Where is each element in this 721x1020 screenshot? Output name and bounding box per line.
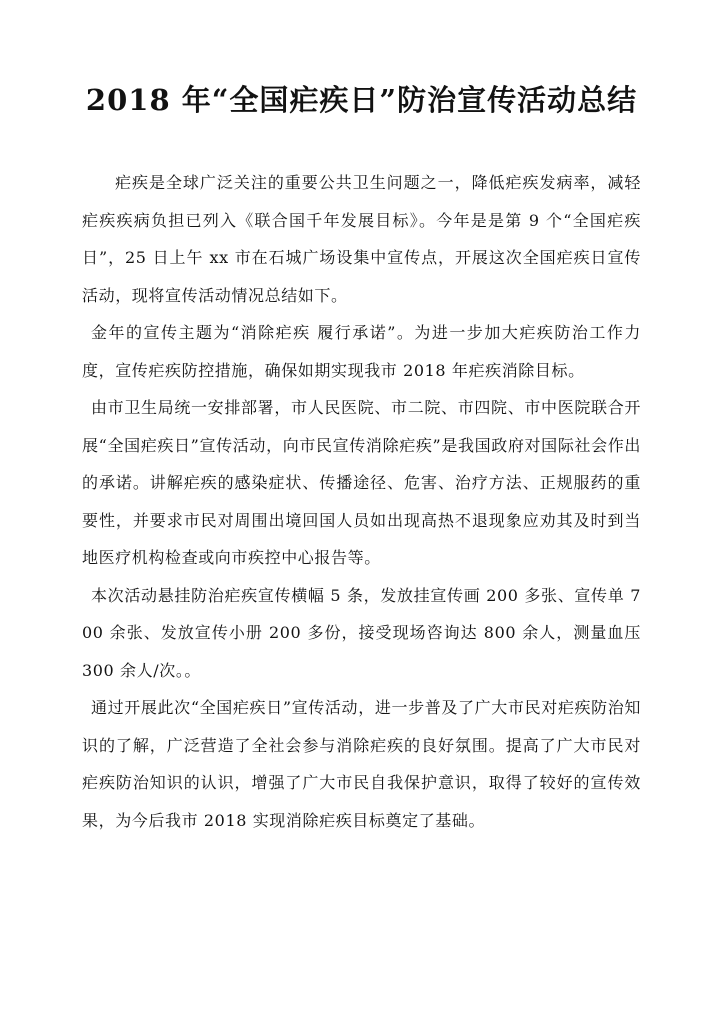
paragraph-statistics: 本次活动悬挂防治疟疾宣传横幅 5 条，发放挂宣传画 200 多张、宣传单 700… xyxy=(82,577,641,690)
paragraph-theme: 金年的宣传主题为“消除疟疾 履行承诺”。为进一步加大疟疾防治工作力度，宣传疟疾防… xyxy=(82,314,641,389)
paragraph-conclusion: 通过开展此次“全国疟疾日”宣传活动，进一步普及了广大市民对疟疾防治知识的了解，广… xyxy=(82,689,641,839)
paragraph-intro: 疟疾是全球广泛关注的重要公共卫生问题之一，降低疟疾发病率，减轻疟疾疾病负担已列入… xyxy=(82,164,641,314)
paragraph-organization: 由市卫生局统一安排部署，市人民医院、市二院、市四院、市中医院联合开展“全国疟疾日… xyxy=(82,389,641,577)
document-page: 2018 年“全国疟疾日”防治宣传活动总结 疟疾是全球广泛关注的重要公共卫生问题… xyxy=(0,0,721,1020)
document-body: 疟疾是全球广泛关注的重要公共卫生问题之一，降低疟疾发病率，减轻疟疾疾病负担已列入… xyxy=(82,164,641,839)
document-title: 2018 年“全国疟疾日”防治宣传活动总结 xyxy=(82,80,641,120)
